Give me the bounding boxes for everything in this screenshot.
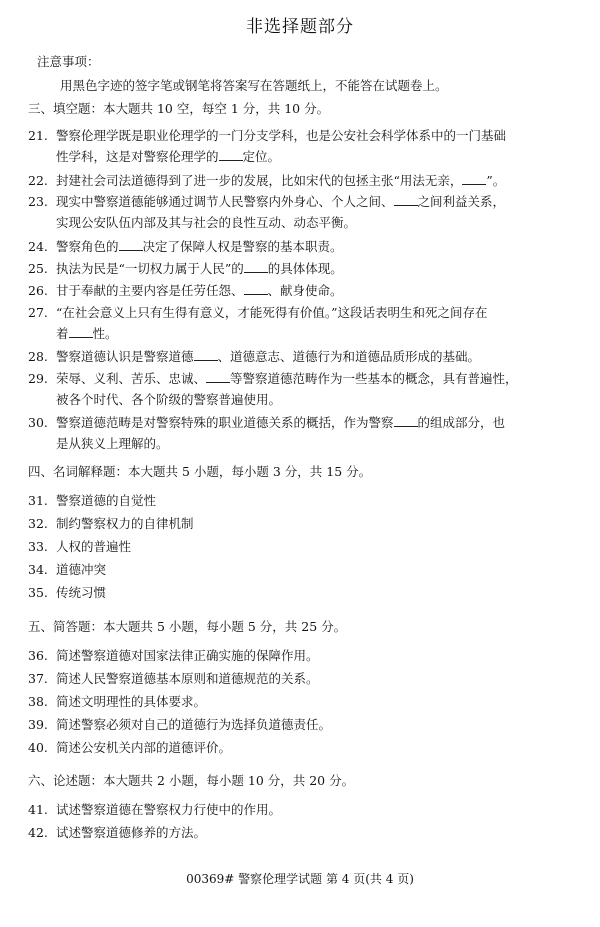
question-text: 决定了保障人权是警察的基本职责。	[143, 239, 343, 254]
question-number: 39.	[28, 714, 56, 735]
section-heading-essay: 六、论述题：本大题共 2 小题，每小题 10 分，共 20 分。	[28, 771, 354, 789]
question-number: 42.	[28, 822, 56, 843]
question-35: 35.传统习惯	[28, 582, 588, 603]
question-32: 32.制约警察权力的自律机制	[28, 513, 588, 534]
page-footer: 00369# 警察伦理学试题 第 4 页(共 4 页)	[0, 870, 600, 887]
question-text: 性学科，这是对警察伦理学的	[56, 149, 219, 164]
question-text: 实现公安队伍内部及其与社会的良性互动、动态平衡。	[28, 212, 588, 233]
question-number: 35.	[28, 582, 56, 603]
question-text: 人权的普遍性	[56, 539, 131, 554]
section-heading-term-explanation: 四、名词解释题：本大题共 5 小题，每小题 3 分，共 15 分。	[28, 462, 371, 480]
question-text: 警察道德范畴是对警察特殊的职业道德关系的概括，作为警察	[56, 415, 394, 430]
question-41: 41.试述警察道德在警察权力行使中的作用。	[28, 799, 588, 820]
question-40: 40.简述公安机关内部的道德评价。	[28, 737, 588, 758]
question-text: 是从狭义上理解的。	[28, 433, 588, 454]
question-text: 道德冲突	[56, 562, 106, 577]
question-39: 39.简述警察必须对自己的道德行为选择负道德责任。	[28, 714, 588, 735]
question-number: 31.	[28, 490, 56, 511]
question-text: 简述文明理性的具体要求。	[56, 694, 206, 709]
question-text: 定位。	[243, 149, 281, 164]
question-text: 甘于奉献的主要内容是任劳任怨、	[56, 283, 244, 298]
question-text: 警察道德的自觉性	[56, 493, 156, 508]
question-text: 性。	[93, 326, 118, 341]
notice-text: 用黑色字迹的签字笔或钢笔将答案写在答题纸上，不能答在试题卷上。	[60, 76, 448, 94]
question-text: 、献身使命。	[268, 283, 343, 298]
question-number: 23.	[28, 191, 56, 212]
question-42: 42.试述警察道德修养的方法。	[28, 822, 588, 843]
question-21: 21.警察伦理学既是职业伦理学的一门分支学科，也是公安社会科学体系中的一门基础 …	[28, 125, 588, 167]
question-text: 简述警察道德对国家法律正确实施的保障作用。	[56, 648, 319, 663]
question-number: 24.	[28, 236, 56, 257]
question-28: 28.警察道德认识是警察道德、道德意志、道德行为和道德品质形成的基础。	[28, 346, 588, 367]
question-text: 简述人民警察道德基本原则和道德规范的关系。	[56, 671, 319, 686]
question-text: 等警察道德范畴作为一些基本的概念，具有普遍性，	[230, 371, 518, 386]
question-text: 简述警察必须对自己的道德行为选择负道德责任。	[56, 717, 331, 732]
question-text: ”。	[486, 173, 505, 188]
question-text: “在社会意义上只有生得有意义，才能死得有价值。”这段话表明生和死之间存在	[56, 305, 488, 320]
question-text: 封建社会司法道德得到了进一步的发展，比如宋代的包拯主张“用法无亲，	[56, 173, 462, 188]
question-number: 22.	[28, 170, 56, 191]
question-text: 的具体体现。	[268, 261, 343, 276]
question-25: 25.执法为民是“一切权力属于人民”的的具体体现。	[28, 258, 588, 279]
question-number: 26.	[28, 280, 56, 301]
question-text: 传统习惯	[56, 585, 106, 600]
question-31: 31.警察道德的自觉性	[28, 490, 588, 511]
question-text: 警察伦理学既是职业伦理学的一门分支学科，也是公安社会科学体系中的一门基础	[56, 128, 506, 143]
section-heading-short-answer: 五、简答题：本大题共 5 小题，每小题 5 分，共 25 分。	[28, 617, 346, 635]
answer-blank	[244, 262, 268, 273]
question-number: 37.	[28, 668, 56, 689]
question-34: 34.道德冲突	[28, 559, 588, 580]
notice-label: 注意事项：	[37, 52, 100, 70]
question-number: 32.	[28, 513, 56, 534]
question-text: 现实中警察道德能够通过调节人民警察内外身心、个人之间、	[56, 194, 394, 209]
question-number: 40.	[28, 737, 56, 758]
question-38: 38.简述文明理性的具体要求。	[28, 691, 588, 712]
question-number: 33.	[28, 536, 56, 557]
question-text: 警察角色的	[56, 239, 119, 254]
section-heading-fill-blank: 三、填空题：本大题共 10 空，每空 1 分，共 10 分。	[28, 99, 329, 117]
question-number: 27.	[28, 302, 56, 323]
question-text: 着	[56, 326, 69, 341]
question-text: 试述警察道德修养的方法。	[56, 825, 206, 840]
question-text: 荣辱、义利、苦乐、忠诚、	[56, 371, 206, 386]
question-number: 28.	[28, 346, 56, 367]
answer-blank	[219, 150, 243, 161]
answer-blank	[394, 416, 418, 427]
page-title: 非选择题部分	[0, 12, 600, 37]
answer-blank	[394, 195, 418, 206]
question-text: 试述警察道德在警察权力行使中的作用。	[56, 802, 281, 817]
answer-blank	[69, 327, 93, 338]
question-text: 警察道德认识是警察道德	[56, 349, 194, 364]
answer-blank	[244, 284, 268, 295]
question-36: 36.简述警察道德对国家法律正确实施的保障作用。	[28, 645, 588, 666]
answer-blank	[194, 350, 218, 361]
question-27: 27.“在社会意义上只有生得有意义，才能死得有价值。”这段话表明生和死之间存在 …	[28, 302, 588, 344]
question-text: 之间利益关系，	[418, 194, 506, 209]
question-text: 、道德意志、道德行为和道德品质形成的基础。	[218, 349, 481, 364]
exam-page: 非选择题部分 注意事项： 用黑色字迹的签字笔或钢笔将答案写在答题纸上，不能答在试…	[0, 0, 600, 927]
question-22: 22.封建社会司法道德得到了进一步的发展，比如宋代的包拯主张“用法无亲，”。	[28, 170, 588, 191]
question-text: 简述公安机关内部的道德评价。	[56, 740, 231, 755]
question-text: 执法为民是“一切权力属于人民”的	[56, 261, 244, 276]
question-text: 的组成部分，也	[418, 415, 506, 430]
question-number: 30.	[28, 412, 56, 433]
question-text: 制约警察权力的自律机制	[56, 516, 194, 531]
question-number: 38.	[28, 691, 56, 712]
question-24: 24.警察角色的决定了保障人权是警察的基本职责。	[28, 236, 588, 257]
question-number: 29.	[28, 368, 56, 389]
question-23: 23.现实中警察道德能够通过调节人民警察内外身心、个人之间、之间利益关系， 实现…	[28, 191, 588, 233]
question-37: 37.简述人民警察道德基本原则和道德规范的关系。	[28, 668, 588, 689]
question-number: 41.	[28, 799, 56, 820]
answer-blank	[206, 372, 230, 383]
question-number: 36.	[28, 645, 56, 666]
question-29: 29.荣辱、义利、苦乐、忠诚、等警察道德范畴作为一些基本的概念，具有普遍性， 被…	[28, 368, 588, 410]
answer-blank	[119, 240, 143, 251]
question-number: 25.	[28, 258, 56, 279]
answer-blank	[462, 174, 486, 185]
question-number: 21.	[28, 125, 56, 146]
question-26: 26.甘于奉献的主要内容是任劳任怨、、献身使命。	[28, 280, 588, 301]
question-30: 30.警察道德范畴是对警察特殊的职业道德关系的概括，作为警察的组成部分，也 是从…	[28, 412, 588, 454]
question-text: 被各个时代、各个阶级的警察普遍使用。	[28, 389, 588, 410]
question-number: 34.	[28, 559, 56, 580]
question-33: 33.人权的普遍性	[28, 536, 588, 557]
